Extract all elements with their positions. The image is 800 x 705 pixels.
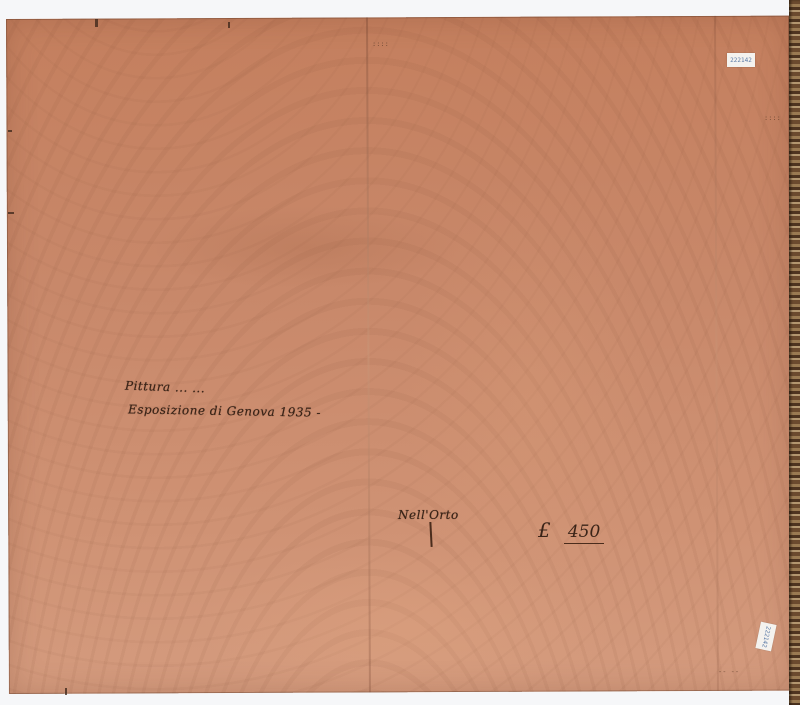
stamp-mark-bottom: -- -- [718, 668, 739, 676]
edge-nick [8, 130, 12, 132]
inventory-sticker-top: 222142 [727, 53, 755, 67]
edge-nick [8, 212, 14, 214]
stamp-mark-top: :::: [372, 40, 389, 48]
panel-seam [366, 17, 371, 692]
edge-nick [228, 22, 230, 28]
edge-nick [95, 19, 98, 27]
price-amount: 450 [564, 522, 604, 544]
artist-signature: Nell'Orto [398, 508, 459, 522]
edge-nick [65, 688, 67, 695]
panel-seam-right [714, 16, 719, 691]
frame-edge [789, 0, 800, 705]
wood-panel-back [6, 16, 792, 694]
stamp-mark-right: :::: [764, 114, 781, 122]
pound-sign: £ [538, 518, 551, 542]
inscription-line-1: Pittura ... ... [125, 379, 206, 396]
price-inscription: £ 450 [538, 518, 604, 544]
